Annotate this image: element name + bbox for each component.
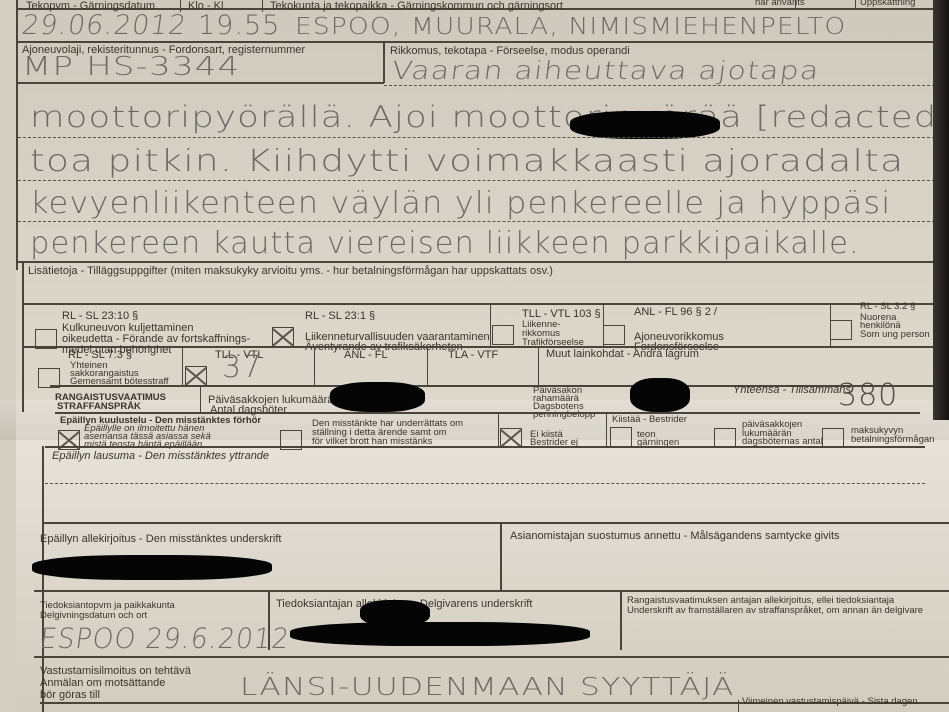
other-statutes-label: Muut lainkohdat - Andra lagrum <box>546 348 699 360</box>
violation-first-line[interactable]: Vaaran aiheuttava ajotapa <box>390 56 821 85</box>
redaction-mark <box>570 111 720 139</box>
notifier-signature-redacted <box>360 600 430 626</box>
consent-label: Asianomistajan suostumus annettu - Målsä… <box>510 530 840 542</box>
day-fines-redacted <box>330 382 425 412</box>
form-paper: har använts Uppskattning Tekopvm - Gärni… <box>0 0 949 712</box>
objection-label-sv: bör göras till <box>40 689 100 701</box>
paper-margin <box>0 0 16 712</box>
violation-line-2[interactable]: toa pitkin. Kiihdytti voimakkaasti ajora… <box>30 144 904 179</box>
total-label: Yhteensä - Tillsammans <box>733 384 851 396</box>
violation-line-3[interactable]: kevyenliikenteen väylän yli penkereelle … <box>30 186 891 221</box>
checkbox-contest-act[interactable] <box>610 427 632 447</box>
contest-ability-text: betalningsförmågan <box>851 435 934 445</box>
suspect-signature-label: Epäillyn allekirjoitus - Den misstänktes… <box>40 533 281 545</box>
checkbox-contest-count[interactable] <box>714 428 736 448</box>
vehicle-value[interactable]: MP HS-3344 <box>22 52 240 82</box>
checkbox-not-contest[interactable] <box>500 428 522 448</box>
contest-title: Kiistää - Bestrider <box>612 415 687 425</box>
notification-date-label-sv: Delgivningsdatum och ort <box>40 611 147 621</box>
statement-label: Epäillyn lausuma - Den misstänktes yttra… <box>52 450 269 462</box>
objection-deadline-label: Viimeinen vastustamispäivä - Sista dagen <box>742 697 918 707</box>
objection-label: Vastustamisilmoitus on tehtävä <box>40 665 191 677</box>
statute-anl-fl-code: ANL - FL <box>344 349 388 361</box>
offense-place-value[interactable]: ESPOO, MUURALA, NIMISMIEHENPELTO <box>295 14 846 40</box>
checkbox-tll-vtl[interactable] <box>185 366 207 386</box>
day-fine-amount-redacted <box>630 378 690 412</box>
offense-time-value[interactable]: 19.55 <box>198 10 280 41</box>
violation-line-1[interactable]: moottoripyörällä. Ajoi moottoripyörää [r… <box>30 100 949 134</box>
statute-rl-23-10-code: RL - SL 23:10 § <box>62 310 138 322</box>
violation-line-4[interactable]: penkereen kautta viereisen liikkeen park… <box>30 226 860 261</box>
offense-place-label: Tekokunta ja tekopaikka - Gärningskommun… <box>270 0 563 12</box>
penalty-title-sv: STRAFFANSPRÅK <box>57 402 141 412</box>
signature-redacted[interactable] <box>32 555 272 580</box>
total-value[interactable]: 380 <box>838 378 898 413</box>
notification-date-value[interactable]: ESPOO 29.6.2012 <box>38 622 292 655</box>
statute-tll-vtl-value[interactable]: 37 <box>222 350 262 385</box>
paper-edge-shadow <box>933 0 949 420</box>
statute-tla-vtf-code: TLA - VTF <box>448 349 498 361</box>
additional-info-label: Lisätietoja - Tilläggsuppgifter (miten m… <box>28 265 553 277</box>
statute-anl-96-code: ANL - FL 96 § 2 / <box>634 306 717 318</box>
checkbox-tll-103[interactable] <box>492 325 514 345</box>
top-strip-label-2: Uppskattning <box>860 0 915 8</box>
suspect-informed-text: mistä teosta häntä epäillään <box>84 440 202 450</box>
checkbox-rl-3-2[interactable] <box>830 320 852 340</box>
statute-rl-3-2-text: Som ung person <box>860 330 930 340</box>
offense-date-value[interactable]: 29.06.2012 <box>20 10 189 41</box>
checkbox-contest-ability[interactable] <box>822 428 844 448</box>
claimant-signature-label-sv: Underskrift av framställaren av straffan… <box>627 606 923 616</box>
objection-value[interactable]: LÄNSI-UUDENMAAN SYYTTÄJÄ <box>240 672 735 701</box>
checkbox-anl-96[interactable] <box>603 325 625 345</box>
statute-rl-3-2-code: RL - SL 3:2 § <box>860 302 915 312</box>
top-strip-label-1: har använts <box>755 0 805 8</box>
checkbox-rl-23-1[interactable] <box>272 327 294 347</box>
statute-rl-23-1-code: RL - SL 23:1 § <box>305 310 375 322</box>
notifier-signature-redacted[interactable] <box>290 622 590 646</box>
objection-label-sv: Anmälan om motsättande <box>40 677 165 689</box>
